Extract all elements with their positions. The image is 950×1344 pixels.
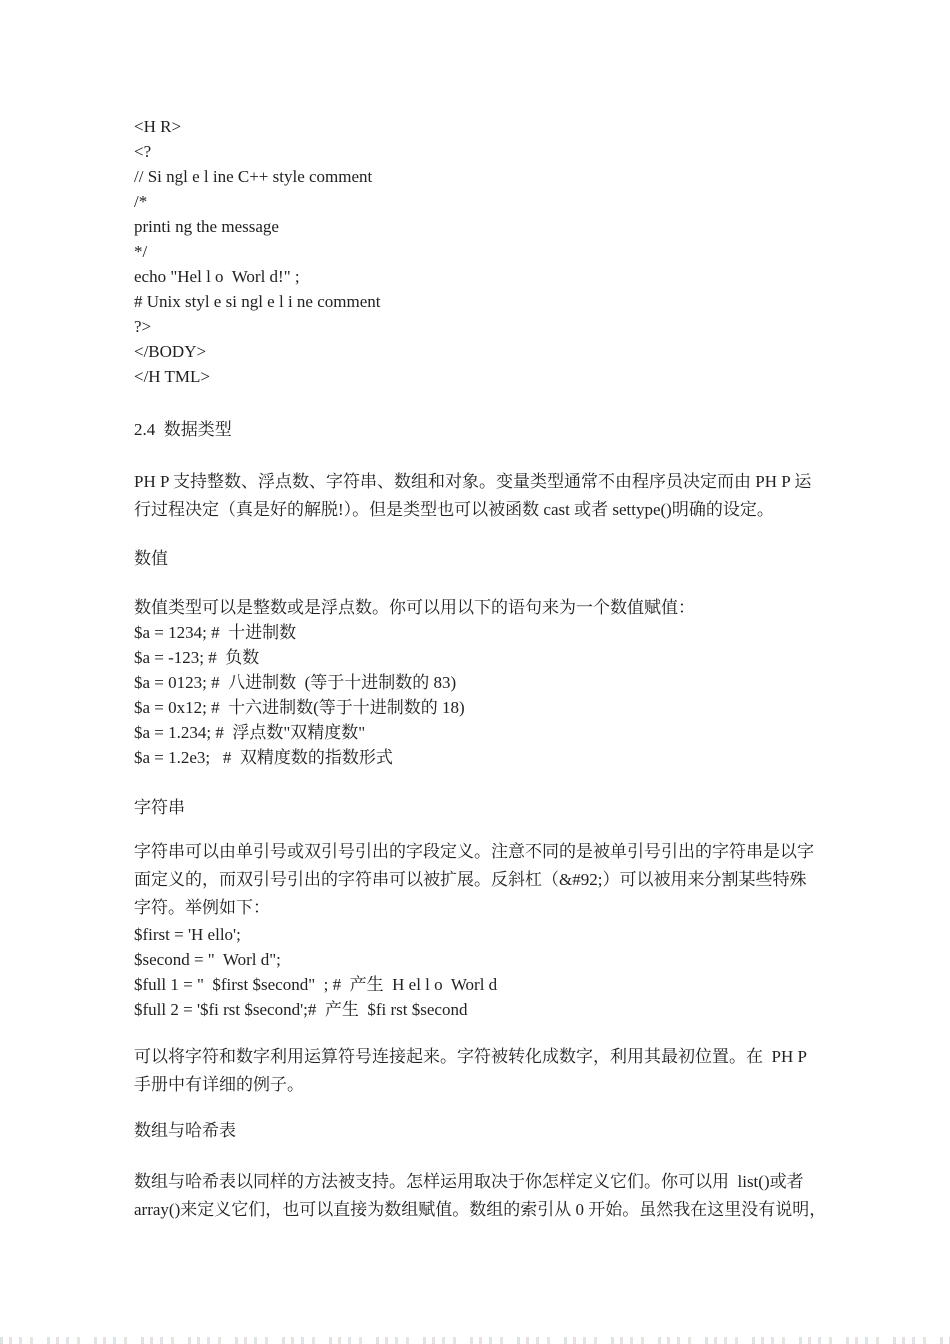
text-line: 行过程决定（真是好的解脱!）。但是类型也可以被函数 cast 或者 settyp… bbox=[134, 496, 834, 524]
text-line: $first = 'H ello'; bbox=[134, 922, 834, 947]
text-line: $second = " Worl d"; bbox=[134, 947, 834, 972]
section-heading-2-4: 2.4 数据类型 bbox=[134, 417, 834, 442]
text-line: 字符。举例如下： bbox=[134, 894, 834, 922]
text-line: $a = 0x12; # 十六进制数(等于十进制数的 18) bbox=[134, 695, 834, 720]
text-line: $a = 0123; # 八进制数 (等于十进制数的 83) bbox=[134, 670, 834, 695]
text-line: $a = 1.234; # 浮点数"双精度数" bbox=[134, 720, 834, 745]
text-line: 手册中有详细的例子。 bbox=[134, 1071, 834, 1099]
numbers-heading: 数值 bbox=[134, 546, 834, 571]
text-line: $full 2 = '$fi rst $second';# 产生 $fi rst… bbox=[134, 997, 834, 1022]
text-line: <H R> bbox=[134, 114, 834, 139]
text-line: */ bbox=[134, 239, 834, 264]
text-line: </BODY> bbox=[134, 339, 834, 364]
text-line: </H TML> bbox=[134, 364, 834, 389]
text-line: // Si ngl e l ine C++ style comment bbox=[134, 164, 834, 189]
text-line: 字符串可以由单引号或双引号引出的字段定义。注意不同的是被单引号引出的字符串是以字 bbox=[134, 838, 834, 866]
text-line: /* bbox=[134, 189, 834, 214]
numbers-example-block: 数值类型可以是整数或是浮点数。你可以用以下的语句来为一个数值赋值：$a = 12… bbox=[134, 595, 834, 770]
text-line: $full 1 = " $first $second" ; # 产生 H el … bbox=[134, 972, 834, 997]
arrays-heading: 数组与哈希表 bbox=[134, 1118, 834, 1143]
section-2-4-intro-paragraph: PH P 支持整数、浮点数、字符串、数组和对象。变量类型通常不由程序员决定而由 … bbox=[134, 468, 834, 524]
page-content: <H R><?// Si ngl e l ine C++ style comme… bbox=[134, 0, 834, 1224]
text-line: 可以将字符和数字利用运算符号连接起来。字符被转化成数字，利用其最初位置。在 PH… bbox=[134, 1043, 834, 1071]
text-line: PH P 支持整数、浮点数、字符串、数组和对象。变量类型通常不由程序员决定而由 … bbox=[134, 468, 834, 496]
text-line: 面定义的，而双引号引出的字符串可以被扩展。反斜杠（&#92;）可以被用来分割某些… bbox=[134, 866, 834, 894]
strings-heading: 字符串 bbox=[134, 795, 834, 820]
text-line: array()来定义它们，也可以直接为数组赋值。数组的索引从 0 开始。虽然我在… bbox=[134, 1196, 834, 1224]
strings-paragraph: 字符串可以由单引号或双引号引出的字段定义。注意不同的是被单引号引出的字符串是以字… bbox=[134, 838, 834, 922]
arrays-paragraph: 数组与哈希表以同样的方法被支持。怎样运用取决于你怎样定义它们。你可以用 list… bbox=[134, 1168, 834, 1224]
string-number-concat-paragraph: 可以将字符和数字利用运算符号连接起来。字符被转化成数字，利用其最初位置。在 PH… bbox=[134, 1043, 834, 1099]
text-line: printi ng the message bbox=[134, 214, 834, 239]
text-line: 数值类型可以是整数或是浮点数。你可以用以下的语句来为一个数值赋值： bbox=[134, 595, 834, 620]
text-line: $a = -123; # 负数 bbox=[134, 645, 834, 670]
text-line: $a = 1.2e3; # 双精度数的指数形式 bbox=[134, 745, 834, 770]
text-line: ?> bbox=[134, 314, 834, 339]
text-line: $a = 1234; # 十进制数 bbox=[134, 620, 834, 645]
html-php-code-block: <H R><?// Si ngl e l ine C++ style comme… bbox=[134, 114, 834, 389]
text-line: <? bbox=[134, 139, 834, 164]
text-line: echo "Hel l o Worl d!" ; bbox=[134, 264, 834, 289]
document-page: <H R><?// Si ngl e l ine C++ style comme… bbox=[0, 0, 950, 1344]
text-line: # Unix styl e si ngl e l i ne comment bbox=[134, 289, 834, 314]
strings-example-block: $first = 'H ello';$second = " Worl d";$f… bbox=[134, 922, 834, 1022]
clipped-next-line-band bbox=[0, 1337, 950, 1344]
text-line: 数组与哈希表以同样的方法被支持。怎样运用取决于你怎样定义它们。你可以用 list… bbox=[134, 1168, 834, 1196]
